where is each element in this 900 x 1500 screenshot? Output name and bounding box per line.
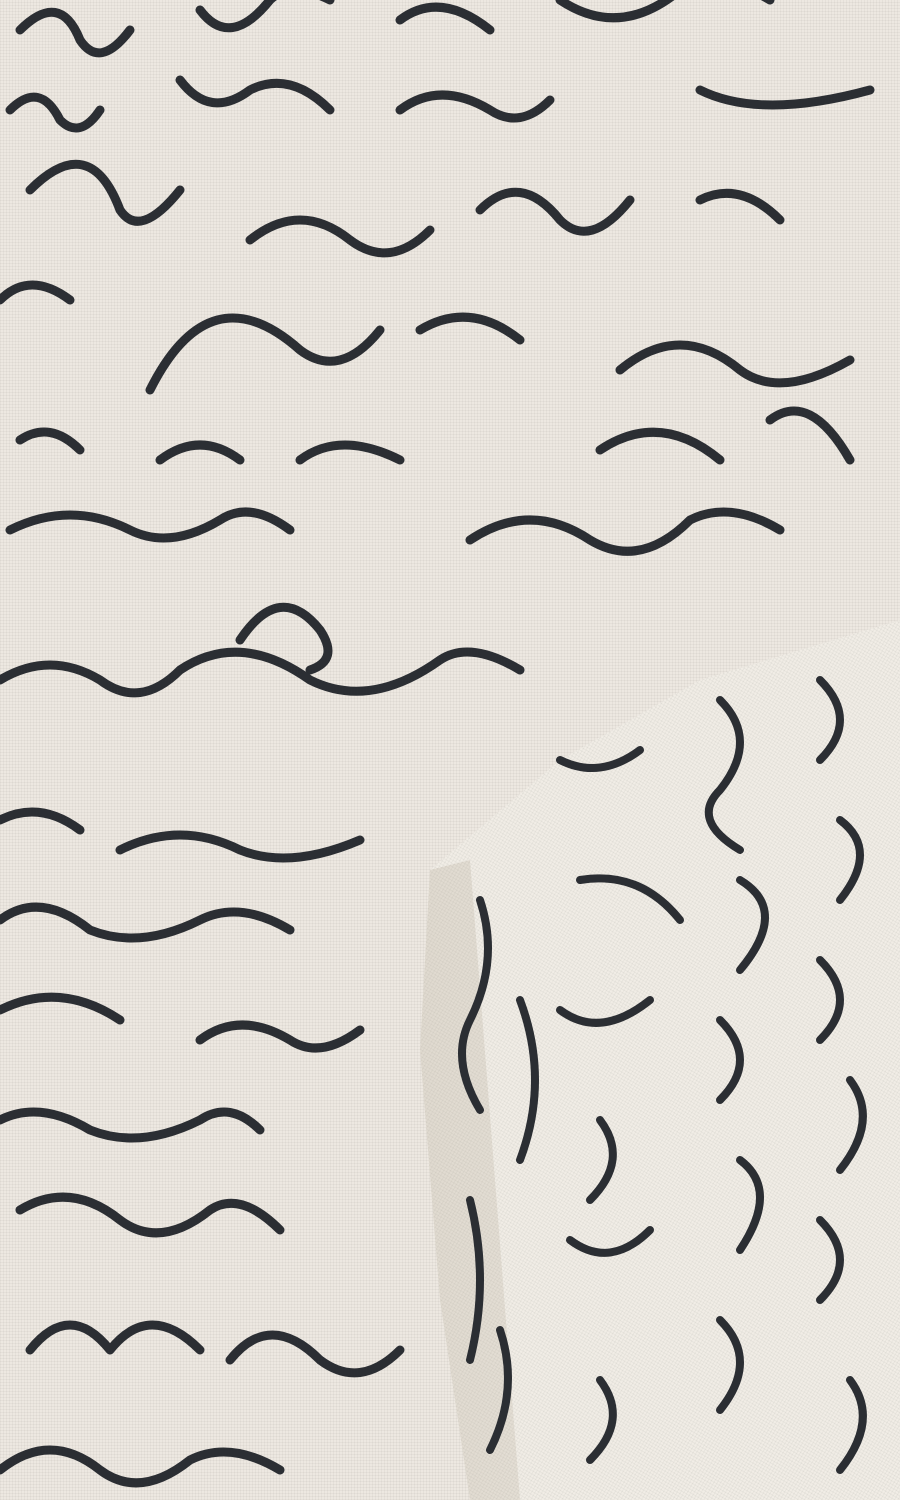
fabric-photo: Cream linen-weave fabric printed with cu… <box>0 0 900 1500</box>
folded-flap-script <box>0 0 900 1500</box>
